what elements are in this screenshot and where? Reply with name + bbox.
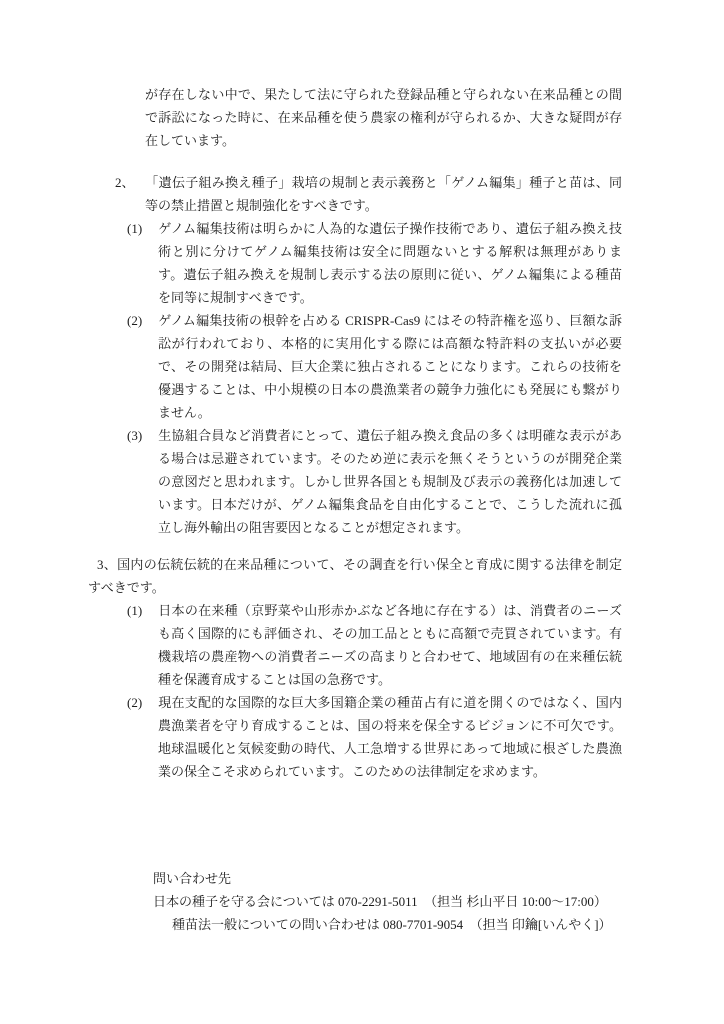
- section-3: 3、国内の伝統伝統的在来品種について、その調査を行い保全と育成に関する法律を制定…: [88, 553, 622, 783]
- document-page: が存在しない中で、果たして法に守られた登録品種と守られない在来品種との間で訴訟に…: [0, 0, 724, 1024]
- section-3-subitem-1: (1)日本の在来種（京野菜や山形赤かぶなど各地に存在する）は、消費者のニーズも高…: [88, 599, 622, 691]
- intro-continuation-paragraph: が存在しない中で、果たして法に守られた登録品種と守られない在来品種との間で訴訟に…: [145, 83, 622, 152]
- subitem-text: ゲノム編集技術の根幹を占める CRISPR-Cas9 にはその特許権を巡り、巨額…: [158, 313, 622, 420]
- section-2-subitem-3: (3)生協組合員など消費者にとって、遺伝子組み換え食品の多くは明確な表示がある場…: [88, 424, 622, 539]
- contact-phone-line-1: 日本の種子を守る会については 070-2291-5011 （担当 杉山平日 10…: [153, 890, 622, 913]
- section-3-subitem-2: (2)現在支配的な国際的な巨大多国籍企業の種苗占有に道を開くのではなく、国内農漁…: [88, 691, 622, 783]
- section-2-subitem-1: (1)ゲノム編集技術は明らかに人為的な遺伝子操作技術であり、遺伝子組み換え技術と…: [88, 217, 622, 309]
- contact-label: 問い合わせ先: [153, 867, 622, 890]
- subitem-text: 現在支配的な国際的な巨大多国籍企業の種苗占有に道を開くのではなく、国内農漁業者を…: [158, 695, 622, 779]
- subitem-marker: (3): [127, 424, 158, 447]
- subitem-text: 生協組合員など消費者にとって、遺伝子組み換え食品の多くは明確な表示がある場合は忌…: [158, 428, 622, 535]
- section-2-number: 2、: [115, 171, 145, 194]
- subitem-marker: (1): [127, 599, 158, 622]
- contact-phone-line-2: 種苗法一般についての問い合わせは 080-7701-9054 （担当 印鑰[いん…: [172, 913, 622, 936]
- section-2: 2、「遺伝子組み換え種子」栽培の規制と表示義務と「ゲノム編集」種子と苗は、同等の…: [88, 171, 622, 539]
- section-3-heading: 3、国内の伝統伝統的在来品種について、その調査を行い保全と育成に関する法律を制定…: [88, 553, 622, 599]
- subitem-text: ゲノム編集技術は明らかに人為的な遺伝子操作技術であり、遺伝子組み換え技術と別に分…: [158, 221, 622, 305]
- section-3-heading-text: 国内の伝統伝統的在来品種について、その調査を行い保全と育成に関する法律を制定すべ…: [88, 557, 622, 595]
- subitem-marker: (1): [127, 217, 158, 240]
- subitem-text: 日本の在来種（京野菜や山形赤かぶなど各地に存在する）は、消費者のニーズも高く国際…: [158, 603, 622, 687]
- document-body: が存在しない中で、果たして法に守られた登録品種と守られない在来品種との間で訴訟に…: [88, 83, 622, 936]
- section-2-heading-text: 「遺伝子組み換え種子」栽培の規制と表示義務と「ゲノム編集」種子と苗は、同等の禁止…: [145, 175, 622, 213]
- contact-block: 問い合わせ先 日本の種子を守る会については 070-2291-5011 （担当 …: [88, 867, 622, 936]
- subitem-marker: (2): [127, 691, 158, 714]
- section-2-subitem-2: (2)ゲノム編集技術の根幹を占める CRISPR-Cas9 にはその特許権を巡り…: [88, 309, 622, 424]
- section-3-number: 3、: [97, 557, 117, 572]
- section-2-heading: 2、「遺伝子組み換え種子」栽培の規制と表示義務と「ゲノム編集」種子と苗は、同等の…: [88, 171, 622, 217]
- subitem-marker: (2): [127, 309, 158, 332]
